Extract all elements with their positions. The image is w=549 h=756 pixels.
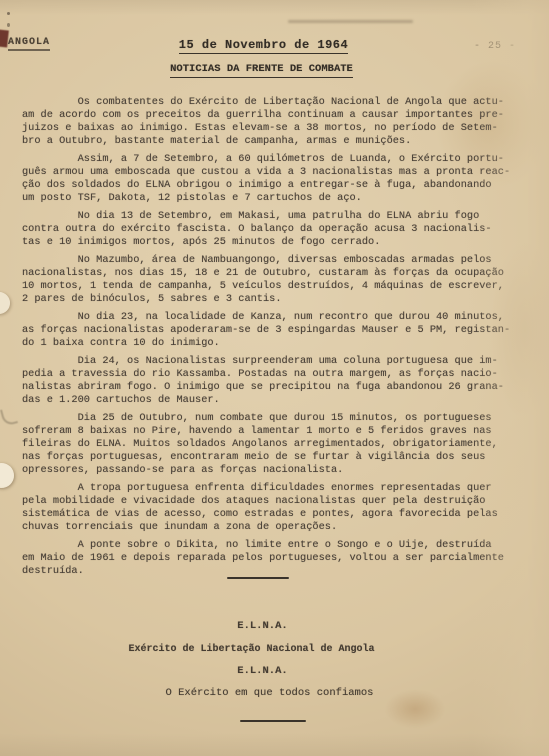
org-abbreviation-text: E.L.N.A. [237,620,287,632]
paragraph: Dia 25 de Outubro, num combate que durou… [22,412,532,477]
ink-speck [7,12,10,15]
org-abbreviation: E.L.N.A. [0,665,549,677]
org-abbreviation: E.L.N.A. [0,620,549,632]
paragraph: No dia 13 de Setembro, em Makasi, uma pa… [22,210,532,249]
paragraph: A tropa portuguesa enfrenta dificuldades… [22,482,532,534]
document-date-text: 15 de Novembro de 1964 [179,38,348,54]
smudge-mark [288,20,413,23]
page-number: - 25 - [474,41,516,52]
paragraph: A ponte sobre o Dikita, no limite entre … [22,539,532,578]
divider-line [240,720,306,722]
org-full-name: Exército de Libertação Nacional de Angol… [0,644,549,655]
punch-hole [0,463,14,488]
paragraph: No Mazumbo, área de Nambuangongo, divers… [22,254,532,306]
divider-line [227,577,289,579]
punch-hole [0,292,10,314]
paragraph: No dia 23, na localidade de Kanza, num r… [22,311,532,350]
org-slogan: O Exército em que todos confiamos [0,687,549,699]
org-full-name-text: Exército de Libertação Nacional de Angol… [128,644,374,655]
paragraph: Os combatentes do Exército de Libertação… [22,96,532,148]
paragraph: Dia 24, os Nacionalistas surpreenderam u… [22,355,532,407]
scanned-document-page: ANGOLA 15 de Novembro de 1964 - 25 - NOT… [0,0,549,756]
paragraph: Assim, a 7 de Setembro, a 60 quilómetros… [22,153,532,205]
org-slogan-text: O Exército em que todos confiamos [166,687,374,699]
document-title-text: NOTICIAS DA FRENTE DE COMBATE [170,63,353,78]
org-abbreviation-text: E.L.N.A. [237,665,287,677]
document-date: 15 de Novembro de 1964 [0,38,527,52]
article-body: Os combatentes do Exército de Libertação… [22,96,532,583]
document-title: NOTICIAS DA FRENTE DE COMBATE [0,63,523,75]
ink-speck [7,23,10,27]
pencil-mark [0,406,18,426]
